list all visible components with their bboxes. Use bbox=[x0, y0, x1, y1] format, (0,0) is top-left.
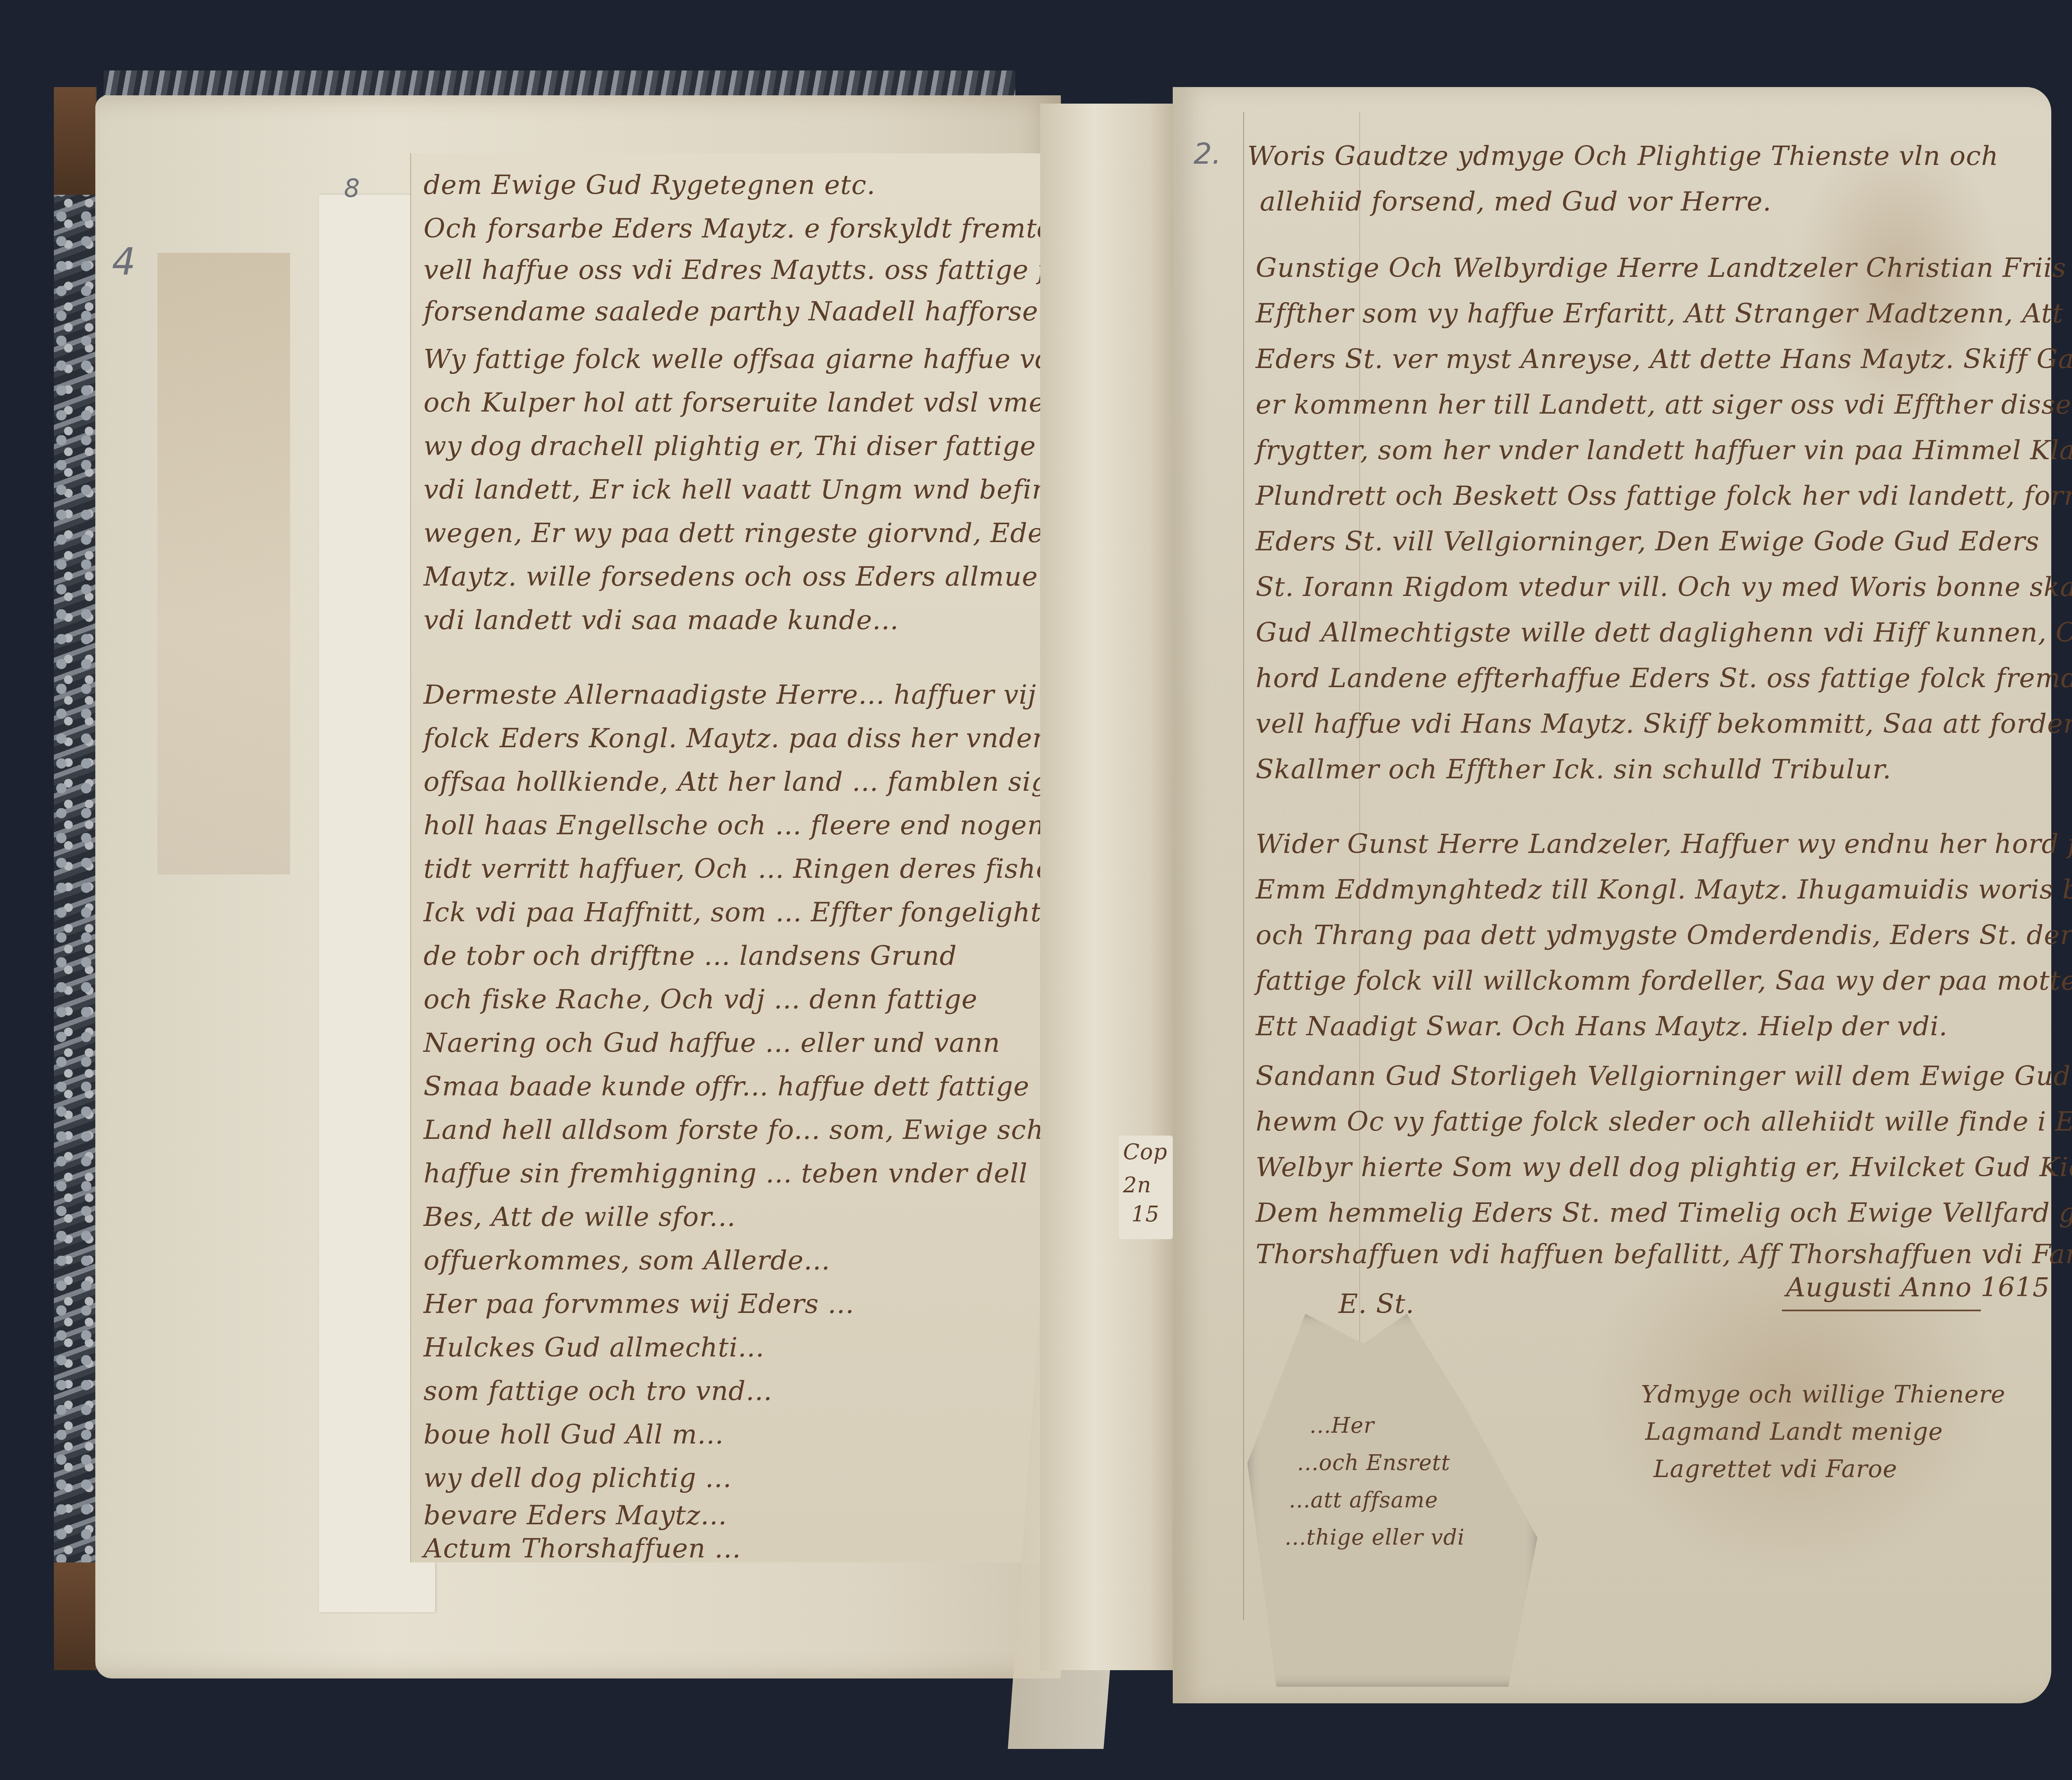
text-line: er kommenn her till Landett, att siger o… bbox=[1256, 390, 2072, 420]
text-line: offuerkommes, som Allerde... bbox=[424, 1245, 830, 1276]
text-line: frygtter, som her vnder landett haffuer … bbox=[1256, 435, 2072, 466]
text-line: Hulckes Gud allmechti... bbox=[424, 1332, 765, 1363]
text-line: fattige folck vill willckomm fordeller, … bbox=[1256, 966, 2072, 996]
text-line: som fattige och tro vnd... bbox=[424, 1376, 772, 1407]
text-line: St. Iorann Rigdom vtedur vill. Och vy me… bbox=[1256, 572, 2072, 603]
text-line: vdi landett, Er ick hell vaatt Ungm wnd … bbox=[424, 475, 1119, 505]
text-line: Land hell alldsom forste fo... som, Ewig… bbox=[424, 1115, 1069, 1145]
text-line: haffue sin fremhiggning ... teben vnder … bbox=[424, 1158, 1028, 1189]
text-line: Eders St. vill Vellgiorninger, Den Ewige… bbox=[1256, 526, 2040, 557]
leather-corner-bottom bbox=[54, 1562, 95, 1670]
text-line: Sandann Gud Storligeh Vellgiorninger wil… bbox=[1256, 1061, 2071, 1092]
text-line: Skallmer och Effther Ick. sin schulld Tr… bbox=[1256, 754, 1891, 785]
gutter-note-line: 15 bbox=[1131, 1202, 1159, 1227]
text-line: tidt verritt haffuer, Och ... Ringen der… bbox=[424, 854, 1090, 884]
stained-guard-strip bbox=[157, 253, 290, 874]
pencil-mark: 8 bbox=[344, 174, 360, 203]
left-page: 4 8 dem Ewige Gud Rygetegnen etc. Och fo… bbox=[95, 95, 1061, 1678]
pencil-folio-number: 2. bbox=[1193, 137, 1221, 171]
signature-line: Lagrettet vdi Faroe bbox=[1653, 1455, 1898, 1483]
text-line: boue holl Gud All m... bbox=[424, 1419, 724, 1450]
text-line: hord Landene effterhaffue Eders St. oss … bbox=[1256, 663, 2072, 694]
text-line: Plundrett och Beskett Oss fattige folck … bbox=[1256, 481, 2072, 511]
signature-line: Ydmyge och willige Thienere bbox=[1641, 1380, 2006, 1408]
text-line: hewm Oc vy fattige folck sleder och alle… bbox=[1256, 1107, 2072, 1137]
text-line: wy dell dog plichtig ... bbox=[424, 1463, 732, 1494]
text-line: Effther som vy haffue Erfaritt, Att Stra… bbox=[1256, 298, 2063, 329]
text-line: allehiid forsend, med Gud vor Herre. bbox=[1260, 186, 1772, 217]
text-line: vell haffue vdi Hans Maytz. Skiff bekomm… bbox=[1256, 709, 2072, 739]
pencil-folio-number: 4 bbox=[112, 240, 136, 284]
text-line: forsendame saalede parthy Naadell haffor… bbox=[424, 296, 1121, 327]
text-line: Eders St. ver myst Anreyse, Att dette Ha… bbox=[1256, 344, 2072, 375]
text-line: Gud Allmechtigste wille dett daglighenn … bbox=[1256, 618, 2072, 648]
text-line: Woris Gaudtze ydmyge Och Plightige Thien… bbox=[1247, 141, 1999, 172]
text-line: Wider Gunst Herre Landzeler, Haffuer wy … bbox=[1256, 829, 2072, 860]
marbled-cover-left-edge bbox=[54, 87, 97, 1670]
fragment-line: ...och Ensrett bbox=[1297, 1451, 1450, 1475]
text-line: Her paa forvmmes wij Eders ... bbox=[424, 1289, 854, 1320]
gutter-note-slip: Cop 2n 15 bbox=[1119, 1136, 1173, 1239]
fragment-line: ...thige eller vdi bbox=[1285, 1525, 1465, 1550]
text-line: Dermeste Allernaadigste Herre... haffuer… bbox=[424, 680, 1136, 710]
text-line: wegen, Er wy paa dett ringeste giorvnd, … bbox=[424, 518, 1071, 549]
text-line: vell haffue oss vdi Edres Maytts. oss fa… bbox=[424, 255, 1105, 286]
text-line: de tobr och drifftne ... landsens Grund bbox=[424, 941, 957, 971]
text-line: Welbyr hierte Som wy dell dog plightig e… bbox=[1256, 1152, 2072, 1183]
marbled-cover-top-edge bbox=[104, 70, 1015, 98]
text-line: dem Ewige Gud Rygetegnen etc. bbox=[424, 170, 876, 201]
leather-corner-top bbox=[54, 87, 95, 195]
text-line: offsaa hollkiende, Att her land ... famb… bbox=[424, 767, 1109, 797]
closing-abbreviation: E. St. bbox=[1339, 1289, 1414, 1320]
text-line: Actum Thorshaffuen ... bbox=[424, 1533, 741, 1564]
text-line: Gunstige Och Welbyrdige Herre Landtzeler… bbox=[1256, 253, 2066, 283]
text-line: Och forsarbe Eders Maytz. e forskyldt fr… bbox=[424, 213, 1102, 244]
text-line: Emm Eddmynghtedz till Kongl. Maytz. Ihug… bbox=[1256, 874, 2072, 905]
text-line: Naering och Gud haffue ... eller und van… bbox=[424, 1028, 1000, 1058]
text-line: bevare Eders Maytz... bbox=[424, 1500, 727, 1531]
text-line: Thorshaffuen vdi haffuen befallitt, Aff … bbox=[1256, 1239, 2072, 1270]
gutter-note-line: 2n bbox=[1123, 1173, 1152, 1198]
left-text-leaf: dem Ewige Gud Rygetegnen etc. Och forsar… bbox=[410, 153, 1066, 1562]
text-line: Smaa baade kunde offr... haffue dett fat… bbox=[424, 1071, 1029, 1102]
text-line: vdi landett vdi saa maade kunde... bbox=[424, 605, 899, 636]
date-line: Augusti Anno 1615 bbox=[1786, 1272, 2050, 1303]
text-line: Bes, Att de wille sfor... bbox=[424, 1202, 736, 1233]
fragment-line: ...att affsame bbox=[1289, 1488, 1438, 1513]
fragment-line: ...Her bbox=[1310, 1413, 1375, 1438]
text-line: Maytz. wille forsedens och oss Eders all… bbox=[424, 562, 1111, 592]
text-line: Dem hemmelig Eders St. med Timelig och E… bbox=[1256, 1198, 2072, 1228]
signature-line: Lagmand Landt menige bbox=[1645, 1417, 1943, 1446]
text-line: Ett Naadigt Swar. Och Hans Maytz. Hielp … bbox=[1256, 1011, 1948, 1042]
text-line: holl haas Engellsche och ... fleere end … bbox=[424, 810, 1062, 841]
text-line: och Thrang paa dett ydmygste Omderdendis… bbox=[1256, 920, 2072, 951]
gutter-note-line: Cop bbox=[1123, 1140, 1167, 1165]
text-line: och fiske Rache, Och vdj ... denn fattig… bbox=[424, 984, 978, 1015]
date-underline bbox=[1782, 1310, 1981, 1311]
gutter-spine-area bbox=[1040, 104, 1177, 1670]
open-manuscript-book: 4 8 dem Ewige Gud Rygetegnen etc. Och fo… bbox=[54, 70, 2064, 1724]
margin-rule bbox=[1243, 112, 1244, 1620]
